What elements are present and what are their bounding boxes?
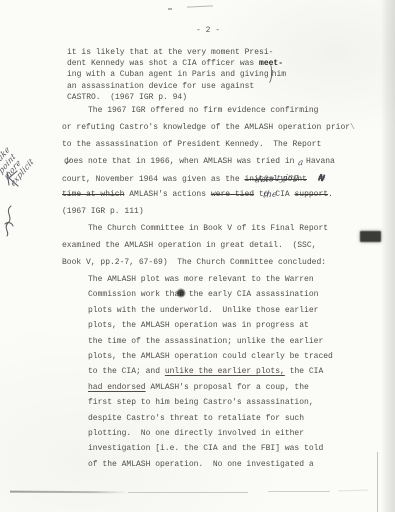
underlined-text: had endorsed bbox=[88, 383, 146, 392]
text-segment: court, November 1964 was given as the bbox=[62, 175, 244, 184]
struck-text: support bbox=[294, 190, 328, 199]
loop-flourish-scribble-icon bbox=[1, 204, 17, 238]
smudged-text: than bbox=[165, 290, 184, 299]
text-line: CASTRO. (1967 IGR p. 94) bbox=[67, 92, 286, 103]
text-segment: The 1967 IGR offered no firm evidence co… bbox=[88, 106, 318, 115]
text-segment: an assassination device for use against bbox=[67, 82, 254, 91]
text-segment: AMLASH's actions bbox=[124, 190, 210, 199]
para-igr: The 1967 IGR offered no firm evidence co… bbox=[62, 103, 350, 221]
text-segment: AMLASH's proposal for a coup, the bbox=[146, 383, 309, 392]
text-line: plotting. No one directly involved in ei… bbox=[88, 426, 333, 441]
text-line: it is likely that at the very moment Pre… bbox=[67, 47, 286, 58]
text-line: The 1967 IGR offered no firm evidence co… bbox=[62, 103, 350, 120]
underlined-text: unlike the earlier plots, bbox=[165, 367, 285, 376]
text-line: ✓does note that in 1966, when AMLASH was… bbox=[62, 154, 350, 171]
text-segment: despite Castro's threat to retaliate for… bbox=[88, 414, 304, 423]
text-segment: dent Kennedy was shot a CIA officer was bbox=[67, 59, 259, 68]
text-line: of the AMLASH operation. No one investig… bbox=[88, 457, 333, 472]
text-segment: plots with the underworld. Unlike those … bbox=[88, 306, 318, 315]
text-line: the time of the assassination; unlike th… bbox=[88, 334, 333, 349]
scan-smudge bbox=[187, 5, 213, 7]
text-segment: CASTRO. (1967 IGR p. 94) bbox=[67, 93, 187, 102]
text-segment: the time of the assassination; unlike th… bbox=[88, 337, 323, 346]
text-segment: The Church Committee in Book V of its Fi… bbox=[88, 224, 328, 233]
text-line: (1967 IGR p. 111) bbox=[62, 204, 350, 221]
handwritten-text: the bbox=[262, 187, 278, 205]
text-line: had endorsed AMLASH's proposal for a cou… bbox=[88, 380, 333, 395]
text-line: dent Kennedy was shot a CIA officer was … bbox=[67, 58, 286, 69]
text-segment: plots, the AMLASH operation was in progr… bbox=[88, 321, 309, 330]
fold-crease-line bbox=[10, 491, 128, 494]
text-line: to the assassination of President Kenned… bbox=[62, 137, 350, 154]
text-line: to the CIA; and unlike the earlier plots… bbox=[88, 364, 333, 379]
quote-igr-94: it is likely that at the very moment Pre… bbox=[67, 47, 286, 103]
text-segment: investigation [i.e. the CIA and the FBI]… bbox=[88, 444, 323, 453]
struck-text: time at which bbox=[62, 190, 124, 199]
text-line: examined the AMLASH operation in great d… bbox=[62, 238, 328, 255]
text-line: time at which AMLASH's actions were tied… bbox=[62, 187, 350, 204]
handwritten-mark: ₦ bbox=[317, 170, 325, 188]
stray-mark: \ bbox=[350, 123, 355, 132]
page-number: - 2 - bbox=[196, 26, 220, 35]
text-segment: does note that in 1966, when AMLASH was … bbox=[64, 157, 299, 166]
text-segment: . bbox=[328, 190, 333, 199]
scan-edge-shadow bbox=[381, 0, 395, 512]
text-line: The Church Committee in Book V of its Fi… bbox=[62, 221, 328, 238]
text-line: an assassination device for use against bbox=[67, 81, 286, 92]
text-line: investigation [i.e. the CIA and the FBI]… bbox=[88, 441, 333, 456]
text-line: Book V, pp.2-7, 67-69) The Church Commit… bbox=[62, 255, 328, 272]
text-line: court, November 1964 was given as the in… bbox=[62, 171, 350, 188]
text-segment: or refuting Castro's knowledge of the AM… bbox=[62, 123, 350, 132]
text-segment: plots, the AMLASH operation could clearl… bbox=[88, 352, 333, 361]
ink-blot bbox=[360, 231, 381, 242]
check-scribble-icon bbox=[4, 170, 20, 188]
text-segment: plotting. No one directly involved in ei… bbox=[88, 429, 304, 438]
text-segment: ing with a Cuban agent in Paris and givi… bbox=[67, 70, 269, 79]
text-segment: the CIA bbox=[285, 367, 323, 376]
handwritten-text: ✓ bbox=[63, 154, 72, 172]
text-segment: Havana bbox=[301, 157, 335, 166]
fold-crease-line bbox=[128, 492, 248, 493]
struck-text: were tied bbox=[211, 190, 254, 199]
scan-smudge bbox=[168, 8, 172, 10]
text-line: plots, the AMLASH operation was in progr… bbox=[88, 318, 333, 333]
text-line: or refuting Castro's knowledge of the AM… bbox=[62, 120, 350, 137]
text-line: despite Castro's threat to retaliate for… bbox=[88, 411, 333, 426]
para-church: The Church Committee in Book V of its Fi… bbox=[62, 221, 328, 272]
text-segment: Commission work bbox=[88, 290, 165, 299]
text-line: plots, the AMLASH operation could clearl… bbox=[88, 349, 333, 364]
text-segment: CIA bbox=[275, 190, 294, 199]
text-line: ing with a Cuban agent in Paris and givi… bbox=[67, 69, 286, 80]
text-segment: him bbox=[272, 70, 286, 79]
document-page: - 2 - makepointmoreexplicit \ it is like… bbox=[0, 0, 395, 512]
text-line: Commission work than the early CIA assas… bbox=[88, 287, 333, 302]
text-segment: to the CIA; and bbox=[88, 367, 165, 376]
text-segment: examined the AMLASH operation in great d… bbox=[62, 241, 316, 250]
text-segment: The AMLASH plot was more relevant to the… bbox=[88, 275, 314, 284]
text-segment: the early CIA assassination bbox=[184, 290, 318, 299]
text-line: plots with the underworld. Unlike those … bbox=[88, 303, 333, 318]
text-segment: of the AMLASH operation. No one investig… bbox=[88, 460, 314, 469]
fold-crease-line bbox=[338, 489, 368, 491]
text-segment: first step to him being Castro's assassi… bbox=[88, 398, 314, 407]
text-segment: to the assassination of President Kenned… bbox=[62, 140, 321, 149]
text-line: first step to him being Castro's assassi… bbox=[88, 395, 333, 410]
scan-edge-line bbox=[377, 452, 378, 512]
fold-crease-line bbox=[268, 491, 330, 492]
handwritten-paren-mark: ) bbox=[268, 64, 273, 90]
text-segment: (1967 IGR p. 111) bbox=[62, 207, 144, 216]
text-segment: Book V, pp.2-7, 67-69) The Church Commit… bbox=[62, 258, 326, 267]
text-line: The AMLASH plot was more relevant to the… bbox=[88, 272, 333, 287]
text-segment: it is likely that at the very moment Pre… bbox=[67, 48, 273, 57]
quote-church: The AMLASH plot was more relevant to the… bbox=[88, 272, 333, 472]
